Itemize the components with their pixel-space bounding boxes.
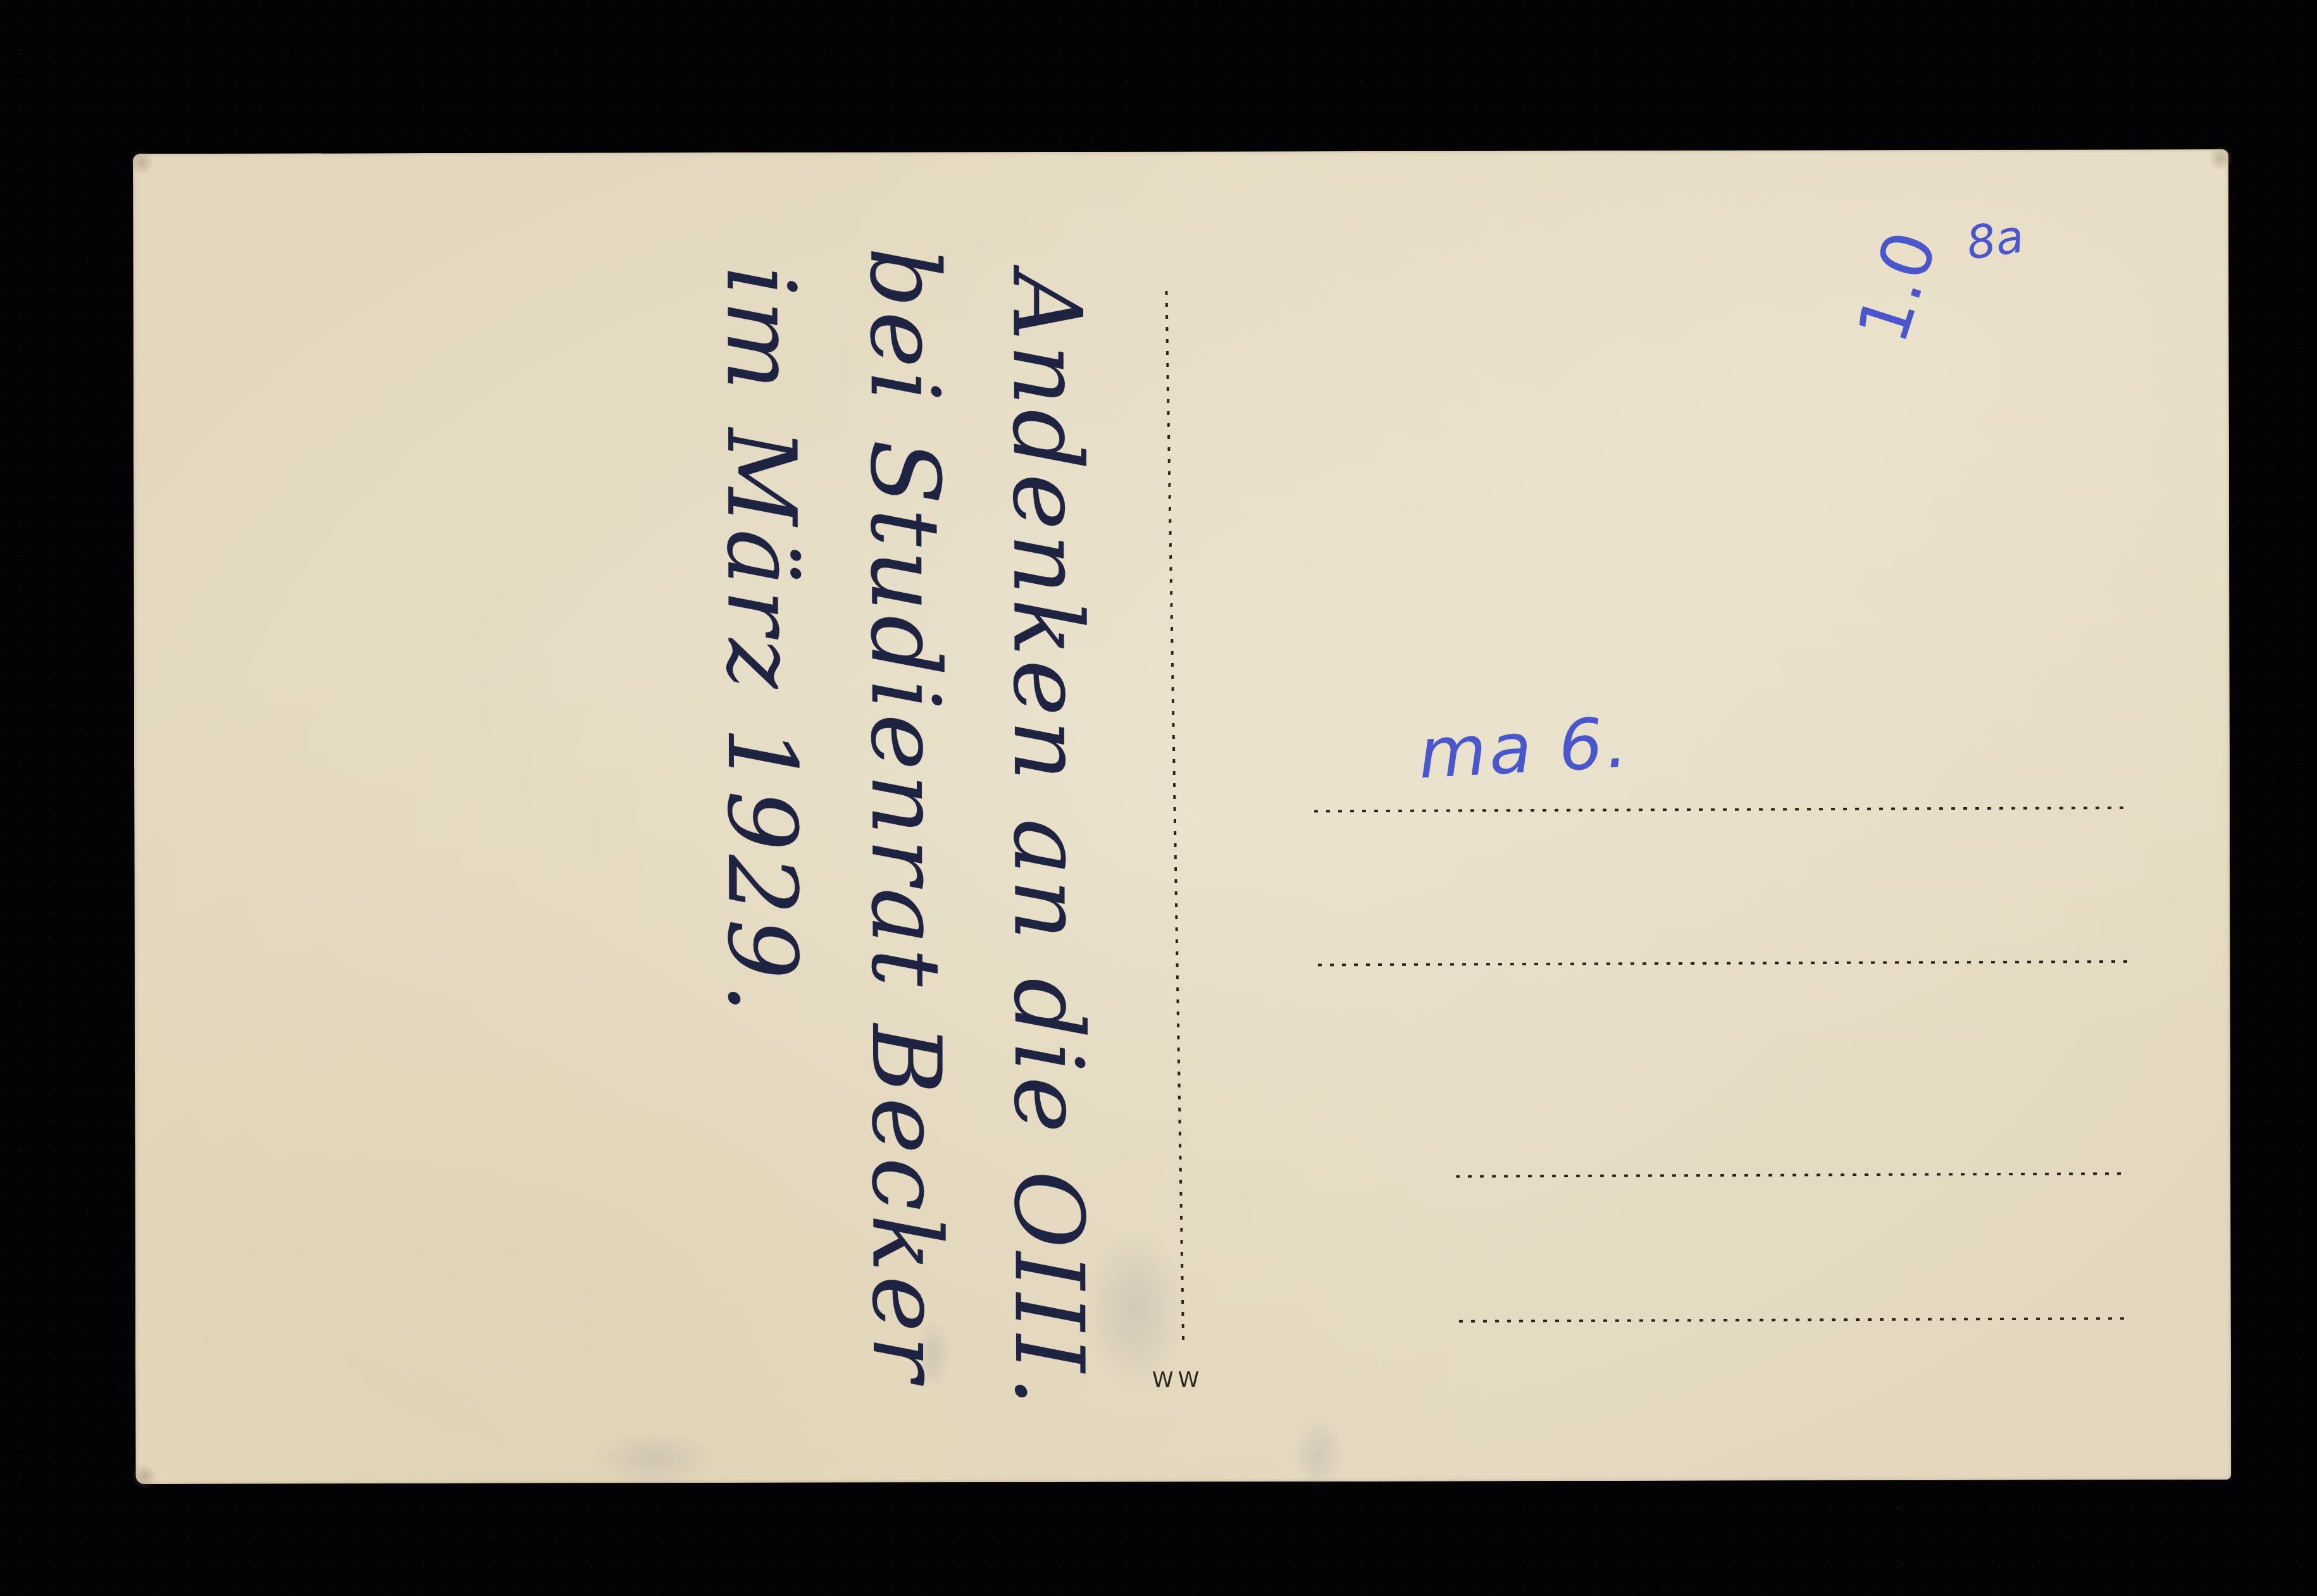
pencil-smudge bbox=[591, 1430, 717, 1487]
address-line-3 bbox=[1456, 1172, 2128, 1177]
address-line-1 bbox=[1314, 807, 2124, 812]
corner-wear-top-left bbox=[129, 150, 154, 175]
archival-annotation-8a: 8a bbox=[1963, 209, 2027, 270]
pencil-smudge bbox=[1293, 1416, 1344, 1492]
postcard-back: WW Andenken an die OIII. bei Studienrat … bbox=[133, 149, 2231, 1484]
archival-annotation-number: 1.0 bbox=[1842, 222, 1953, 352]
handwritten-line-2: bei Studienrat Becker bbox=[848, 247, 961, 1385]
printer-mark: WW bbox=[1152, 1367, 1203, 1392]
address-line-2 bbox=[1318, 960, 2128, 966]
address-line-4 bbox=[1459, 1317, 2128, 1322]
corner-wear-top-right bbox=[2208, 145, 2233, 171]
stamp-address-divider bbox=[1165, 291, 1184, 1344]
corner-wear-bottom-left bbox=[132, 1464, 157, 1489]
handwritten-line-3: im März 1929. bbox=[705, 266, 816, 1017]
archival-annotation-note: ma 6. bbox=[1417, 702, 1632, 794]
handwritten-line-1: Andenken an die OIII. bbox=[991, 272, 1103, 1410]
